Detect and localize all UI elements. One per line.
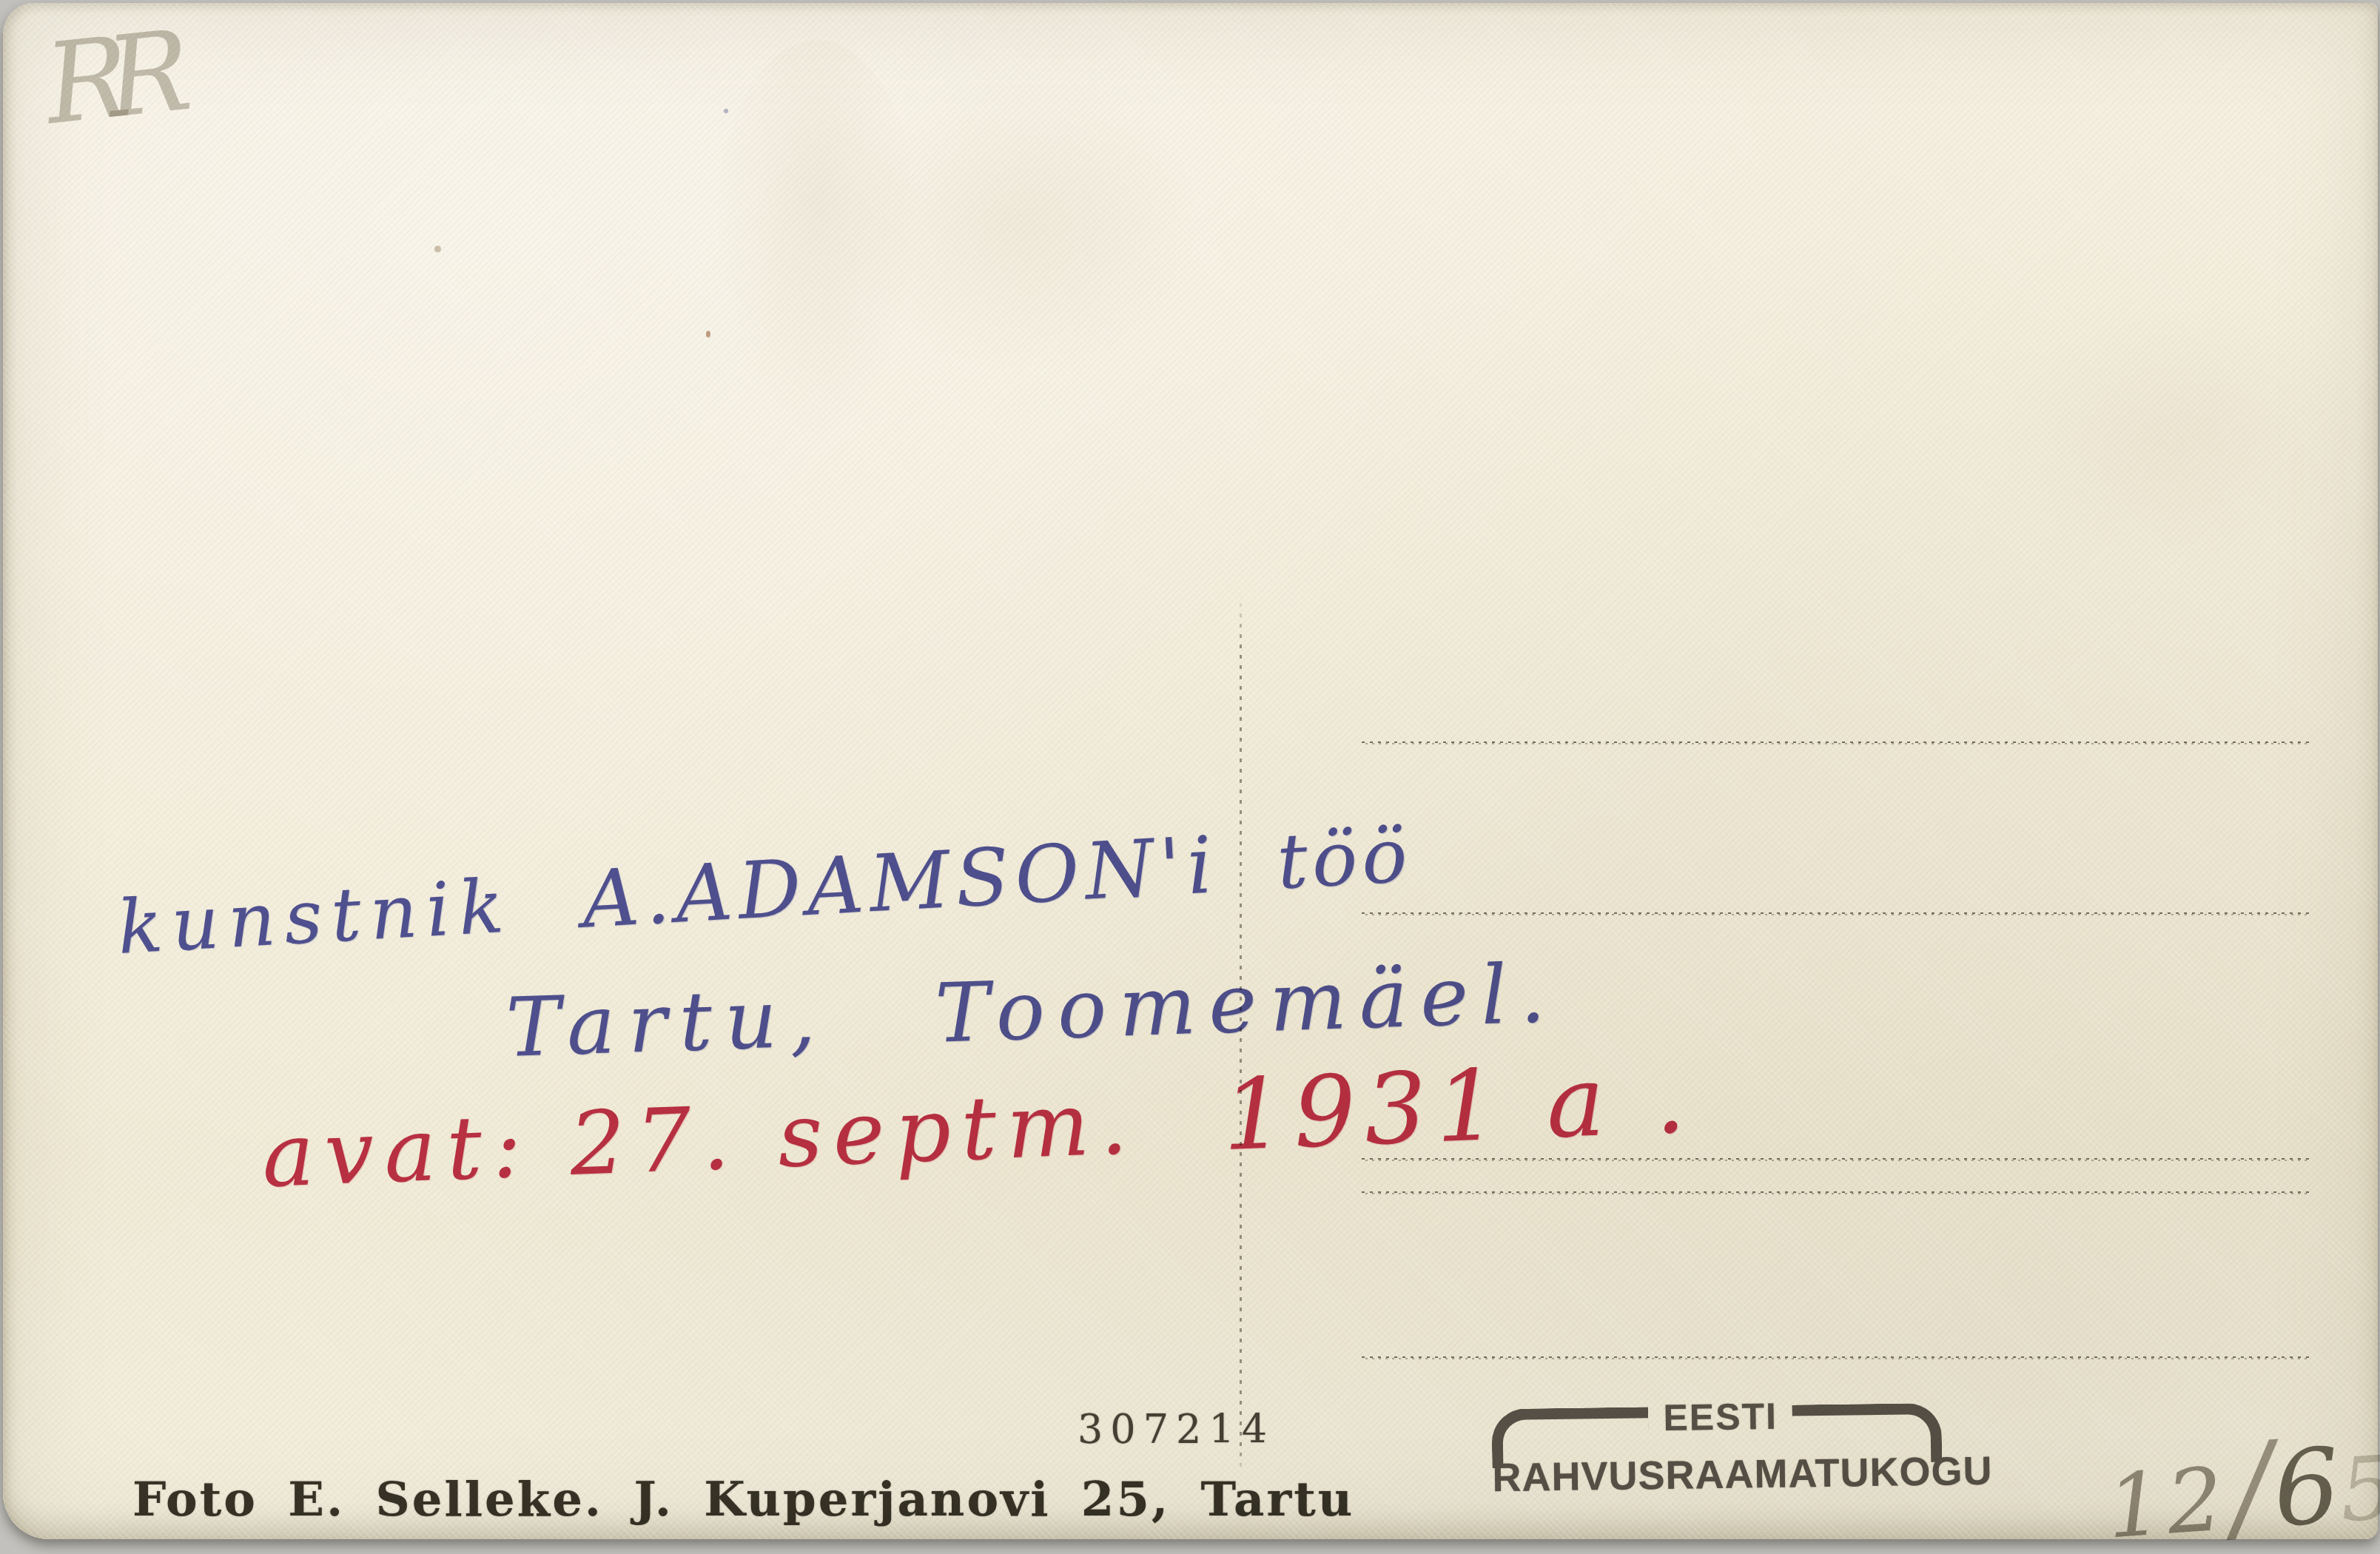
address-dotted-line (1362, 912, 2310, 915)
library-stamp: EESTI RAHVUSRAAMATUKOGU (1491, 1394, 1943, 1498)
photographer-imprint: Foto E. Selleke. J. Kuperjanovi 25, Tart… (132, 1472, 1354, 1527)
pencil-fraction-part: 5 (2337, 1443, 2380, 1534)
address-dotted-line (1362, 1191, 2310, 1194)
pencil-note-rr: RR (41, 18, 175, 141)
pencil-fraction-part: 12 (2104, 1455, 2230, 1550)
paper-texture (3, 3, 2378, 1539)
handwriting-word: . (1653, 1049, 1687, 1148)
handwriting-caption-line1: kunstnik A.ADAMSON'i töö (115, 815, 1413, 966)
paper-speck (434, 246, 441, 252)
paper-stain (713, 40, 921, 440)
pencil-fraction-part: / (2228, 1426, 2276, 1547)
postcard-back: RR kunstnik A.ADAMSON'i töö Tartu, Toome… (3, 3, 2378, 1539)
handwriting-word: töö (1275, 818, 1413, 901)
handwriting-word: Toomemäel. (934, 952, 1559, 1054)
address-dotted-line (1362, 1356, 2310, 1359)
address-dotted-line (1362, 741, 2310, 744)
handwriting-date-note: avat: 27. septm. 1931 a . (260, 1049, 1687, 1202)
handwriting-caption-line2: Tartu, Toomemäel. (505, 952, 1559, 1069)
pencil-fraction-part: 6 (2270, 1435, 2344, 1543)
handwriting-word: A.ADAMSON'i (580, 826, 1220, 940)
handwriting-word: 1931 a (1220, 1052, 1615, 1165)
stamp-text-rahvusraamatukogu: RAHVUSRAAMATUKOGU (1492, 1452, 1943, 1498)
handwriting-word: kunstnik (115, 869, 514, 965)
negative-number-stamp: 307214 (1078, 1406, 1274, 1453)
pencil-fraction: 12 / 6 5 (2102, 1418, 2380, 1554)
handwriting-word: Tartu, (505, 977, 829, 1069)
handwriting-word: avat: 27. septm. (260, 1079, 1140, 1200)
postcard-scan: RR kunstnik A.ADAMSON'i töö Tartu, Toome… (0, 0, 2380, 1554)
stamp-text-eesti: EESTI (1648, 1398, 1792, 1437)
paper-stain (839, 62, 1209, 380)
paper-speck (706, 331, 710, 337)
paper-speck (724, 109, 728, 113)
paper-stain (1994, 306, 2364, 565)
